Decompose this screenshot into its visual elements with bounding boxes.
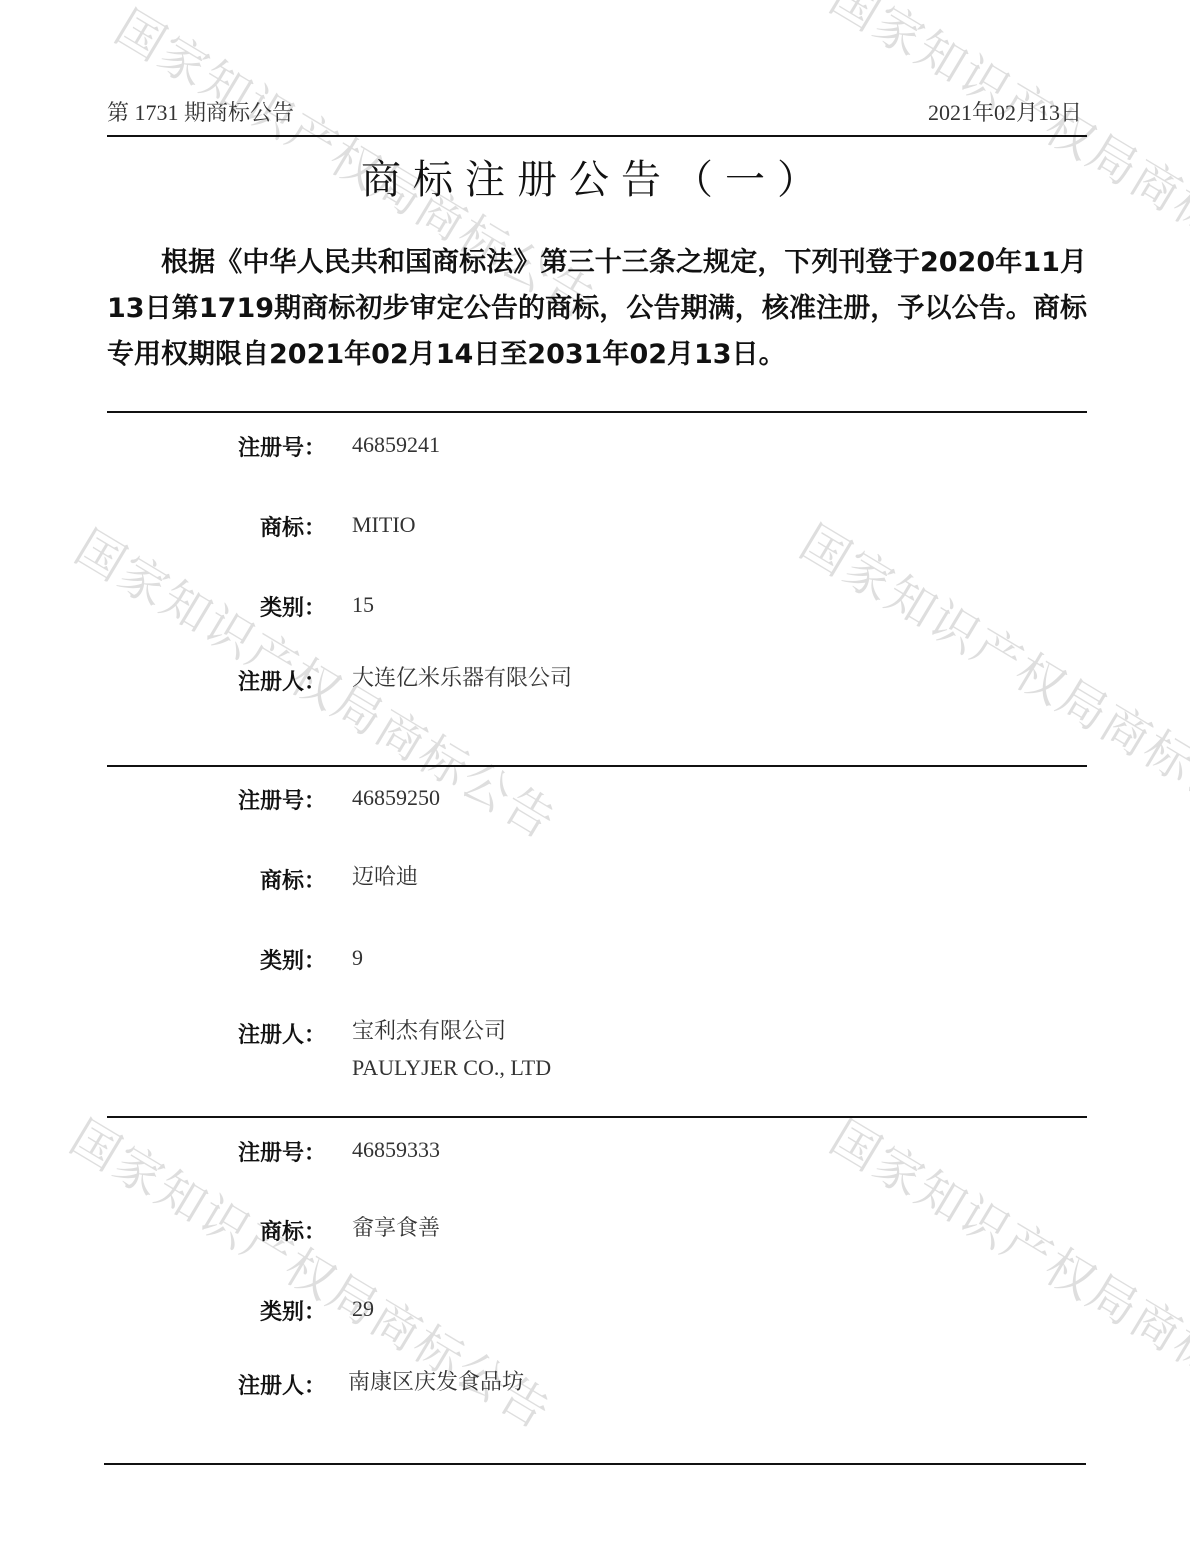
trademark-label: 商标：: [260, 511, 326, 542]
header-divider: [107, 135, 1087, 137]
reg-no-row: 注册号： 46859241: [0, 431, 1190, 461]
issue-date: 2021年02月13日: [928, 96, 1082, 127]
reg-no-value: 46859250: [352, 780, 440, 816]
trademark-row: 商标： MITIO: [0, 511, 1190, 541]
trademark-value: 迈哈迪: [352, 860, 418, 896]
trademark-label: 商标：: [260, 1215, 326, 1246]
class-label: 类别：: [260, 1295, 326, 1326]
trademark-row: 商标： 畲享食善: [0, 1215, 1190, 1245]
watermark-layer: 国家知识产权局商标公告 国家知识产权局商标公告 国家知识产权局商标公告 国家知识…: [0, 0, 1190, 1564]
registrant-label: 注册人：: [238, 1018, 326, 1049]
registrant-name-cn: 宝利杰有限公司: [352, 1014, 551, 1050]
trademark-row: 商标： 迈哈迪: [0, 864, 1190, 894]
registrant-name: 大连亿米乐器有限公司: [352, 661, 572, 697]
class-label: 类别：: [260, 944, 326, 975]
registrant-row: 注册人： 大连亿米乐器有限公司: [0, 665, 1190, 695]
trademark-value: 畲享食善: [352, 1211, 440, 1247]
trademark-label: 商标：: [260, 864, 326, 895]
class-row: 类别： 9: [0, 944, 1190, 974]
registrant-name: 南康区庆发食品坊: [348, 1365, 524, 1401]
class-value: 29: [352, 1291, 374, 1327]
class-value: 15: [352, 587, 374, 623]
registrant-label: 注册人：: [238, 1369, 326, 1400]
section-divider: [107, 765, 1087, 767]
reg-no-label: 注册号：: [238, 784, 326, 815]
registrant-value: 大连亿米乐器有限公司: [352, 661, 572, 697]
reg-no-row: 注册号： 46859333: [0, 1136, 1190, 1166]
page-title: 商标注册公告（一）: [0, 148, 1190, 205]
registrant-name-en: PAULYJER CO., LTD: [352, 1050, 551, 1086]
class-label: 类别：: [260, 591, 326, 622]
registrant-row: 注册人： 宝利杰有限公司 PAULYJER CO., LTD: [0, 1018, 1190, 1048]
registrant-value: 宝利杰有限公司 PAULYJER CO., LTD: [352, 1014, 551, 1086]
class-value: 9: [352, 940, 363, 976]
class-row: 类别： 15: [0, 591, 1190, 621]
section-divider: [107, 1116, 1087, 1118]
intro-paragraph: 根据《中华人民共和国商标法》第三十三条之规定，下列刊登于2020年11月13日第…: [107, 240, 1087, 378]
footer-divider: [104, 1463, 1086, 1465]
reg-no-value: 46859333: [352, 1132, 440, 1168]
trademark-value: MITIO: [352, 507, 416, 543]
issue-number: 第 1731 期商标公告: [107, 96, 294, 127]
registrant-row: 注册人： 南康区庆发食品坊: [0, 1369, 1190, 1399]
reg-no-label: 注册号：: [238, 431, 326, 462]
registrant-label: 注册人：: [238, 665, 326, 696]
section-divider: [107, 411, 1087, 413]
reg-no-value: 46859241: [352, 427, 440, 463]
class-row: 类别： 29: [0, 1295, 1190, 1325]
reg-no-label: 注册号：: [238, 1136, 326, 1167]
reg-no-row: 注册号： 46859250: [0, 784, 1190, 814]
registrant-value: 南康区庆发食品坊: [348, 1365, 524, 1401]
